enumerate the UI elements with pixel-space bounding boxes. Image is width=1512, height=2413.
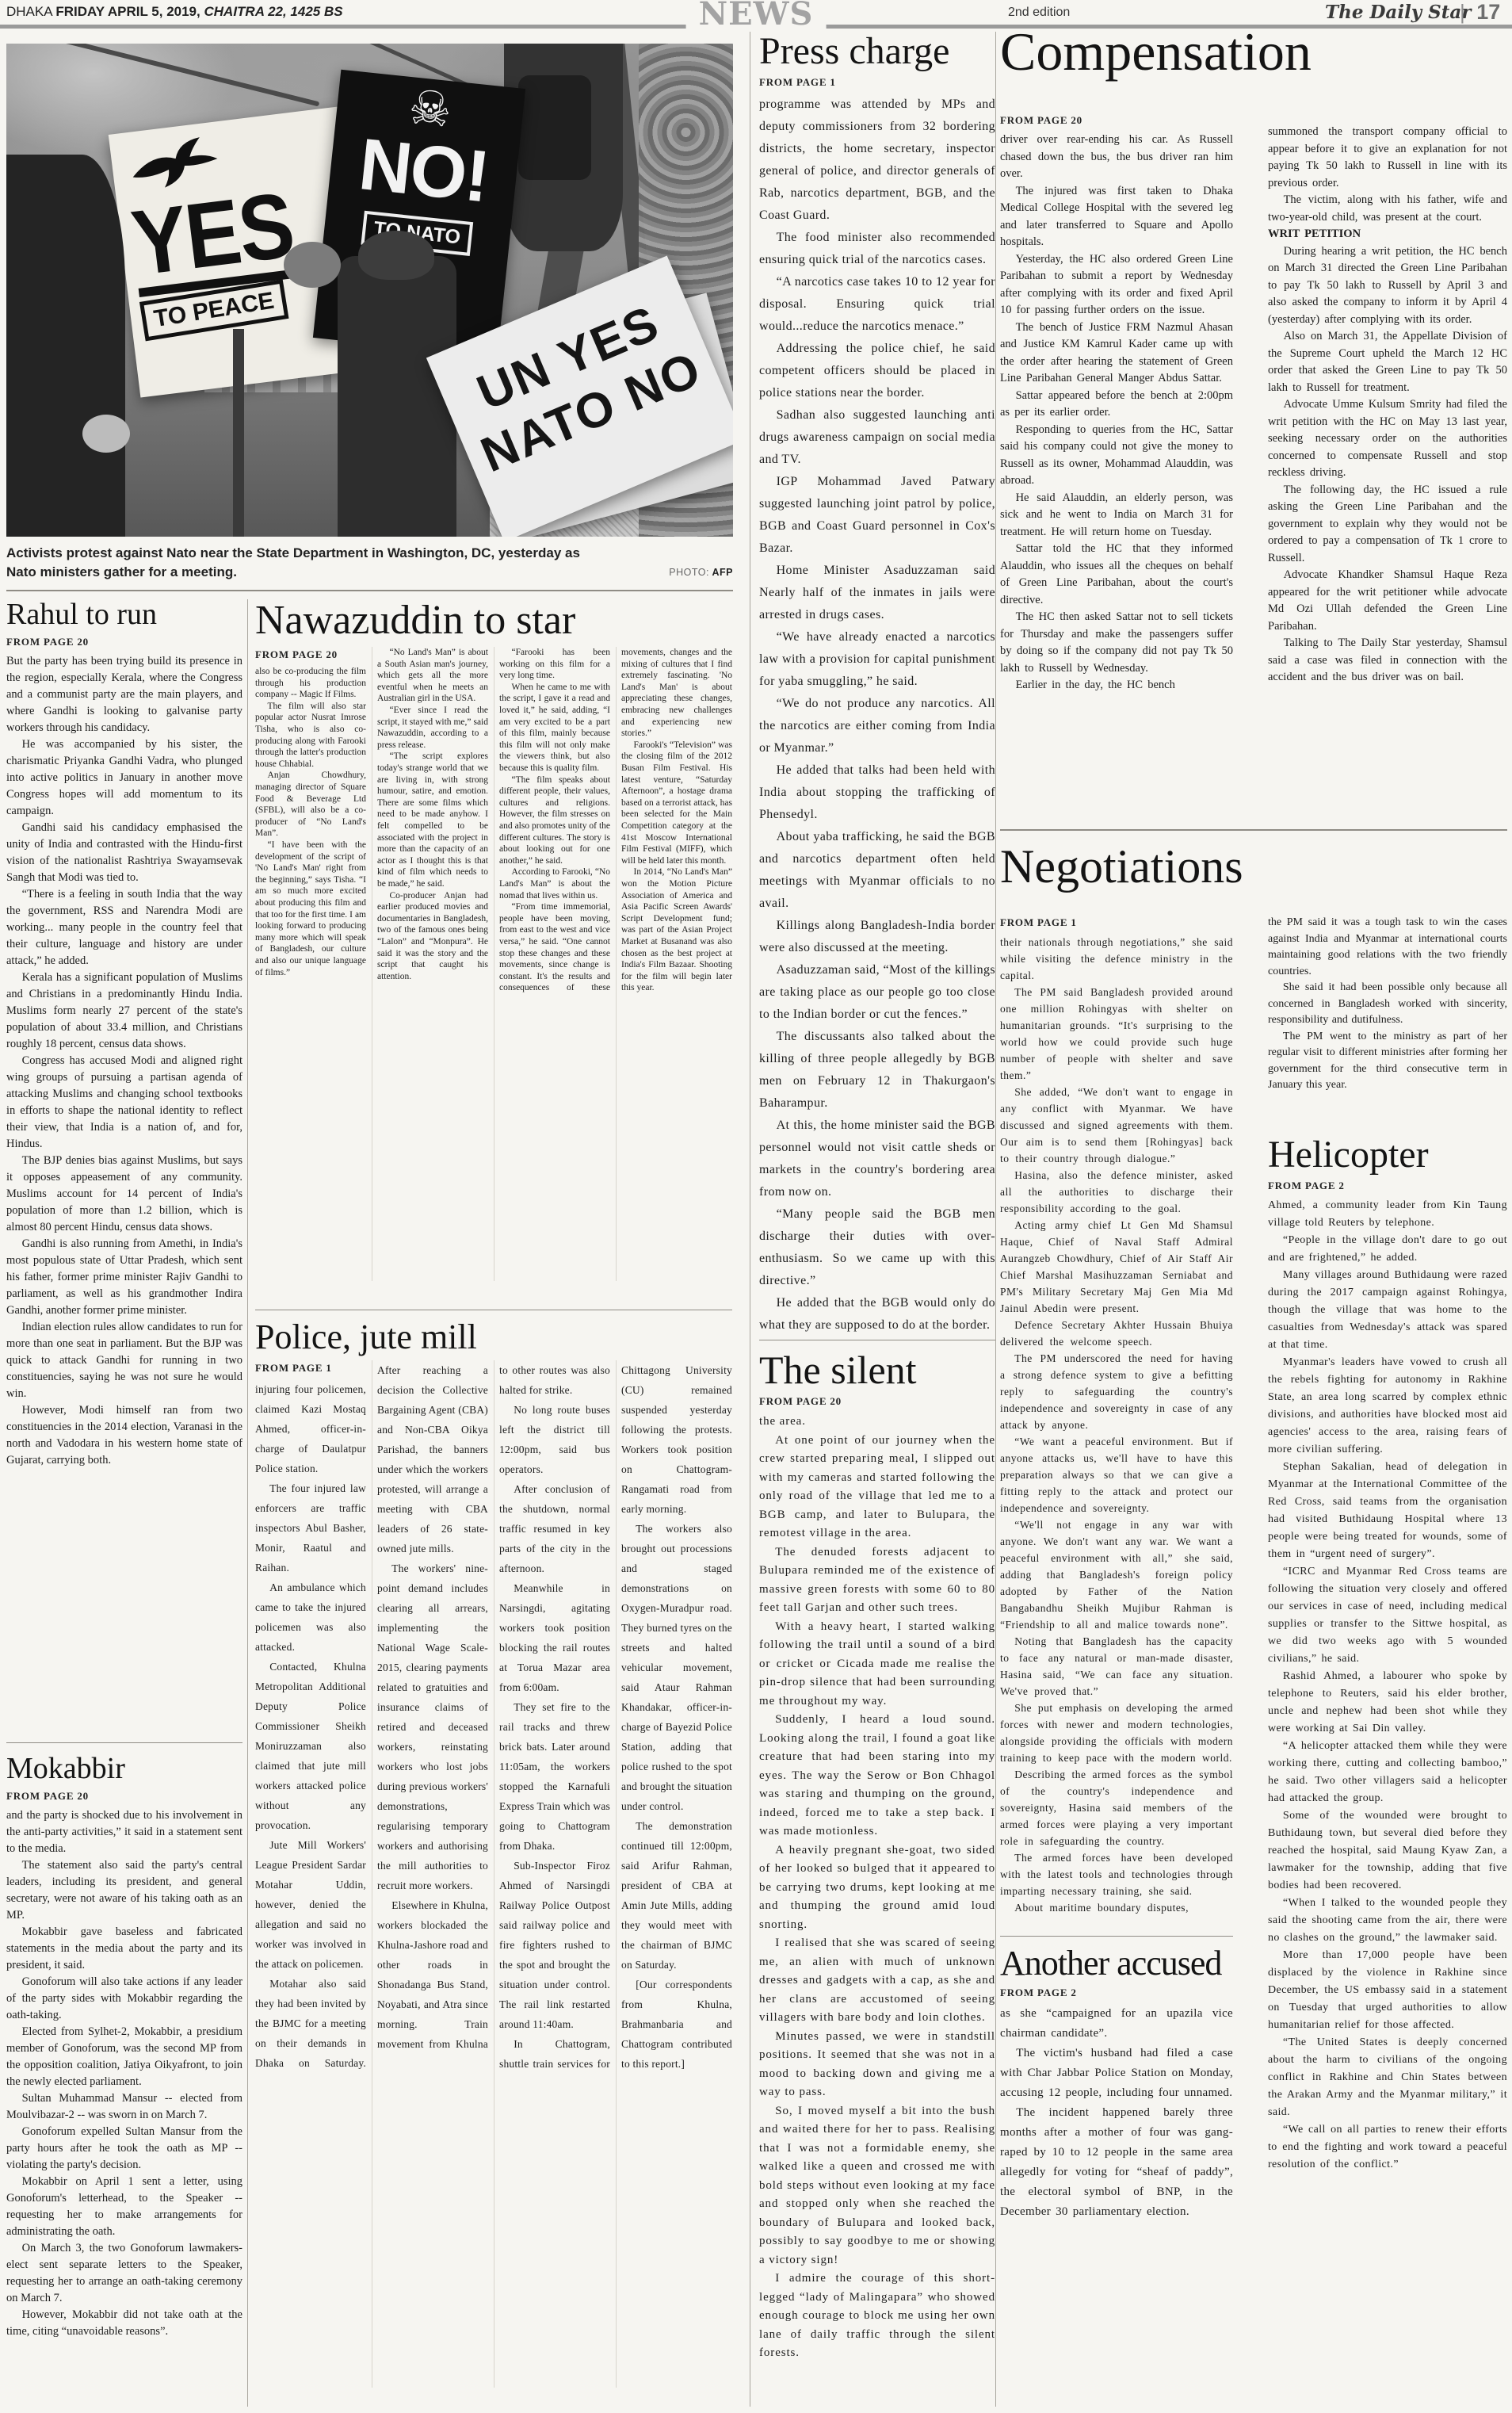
article-body: driver over rear-ending his car. As Russ… (1000, 132, 1233, 694)
page-number: 17 (1468, 0, 1500, 24)
article-police-jute-mill: Police, jute mill FROM PAGE 1 injuring f… (255, 1319, 732, 2407)
article-the-silent: The silent FROM PAGE 20 the area.At one … (759, 1349, 995, 2407)
from-page-label: FROM PAGE 20 (255, 648, 366, 661)
article-body: the area.At one point of our journey whe… (759, 1413, 995, 2363)
from-page-label: FROM PAGE 2 (1268, 1180, 1507, 1192)
tree-branch (42, 44, 320, 106)
section-title: NEWS (686, 0, 827, 29)
from-page-label: FROM PAGE 20 (6, 636, 242, 648)
article-title: Helicopter (1268, 1135, 1507, 1175)
newspaper-masthead: The Daily Star (1325, 2, 1471, 23)
article-compensation-col2: summoned the transport company official … (1268, 124, 1507, 828)
article-negotiations-col1: FROM PAGE 1 their nationals through nego… (1000, 915, 1233, 1931)
lamp-post (233, 329, 244, 537)
from-page-label: FROM PAGE 1 (255, 1362, 366, 1375)
article-compensation-col1: FROM PAGE 20 driver over rear-ending his… (1000, 113, 1233, 828)
protester-silhouette (338, 256, 456, 537)
dateline-alt-date: CHAITRA 22, 1425 BS (204, 4, 342, 19)
from-page-label: FROM PAGE 1 (759, 76, 995, 89)
divider (6, 1742, 242, 1743)
article-body: programme was attended by MPs and deputy… (759, 94, 995, 1335)
article-title: Another accused (1000, 1945, 1233, 1982)
article-mokabbir: Mokabbir FROM PAGE 20 and the party is s… (6, 1753, 242, 2407)
article-helicopter: Helicopter FROM PAGE 2 Ahmed, a communit… (1268, 1135, 1507, 2407)
beanie-hat (284, 242, 341, 288)
from-page-label: FROM PAGE 20 (6, 1790, 242, 1803)
photo-credit: PHOTO: AFP (669, 563, 733, 582)
article-nawazuddin-to-star: Nawazuddin to star FROM PAGE 20 also be … (255, 599, 732, 1305)
article-title: Press charge (759, 32, 995, 71)
divider (759, 1340, 995, 1340)
dateline: DHAKA FRIDAY APRIL 5, 2019, CHAITRA 22, … (6, 4, 343, 20)
caption-text: Activists protest against Nato near the … (6, 544, 609, 582)
article-negotiations-title: Negotiations (1000, 842, 1507, 891)
column-rule (750, 32, 750, 2407)
article-title: Rahul to run (6, 599, 242, 631)
article-body: as she “campaigned for an upazila vice c… (1000, 2004, 1233, 2222)
from-page-label: FROM PAGE 2 (1000, 1987, 1233, 1999)
from-page-label: FROM PAGE 20 (1000, 114, 1233, 127)
article-press-charge: Press charge FROM PAGE 1 programme was a… (759, 32, 995, 1335)
hat (358, 231, 434, 280)
photo-credit-agency: AFP (712, 567, 734, 578)
article-body: Ahmed, a community leader from Kin Taung… (1268, 1197, 1507, 2174)
article-body: and the party is shocked due to his invo… (6, 1807, 242, 2340)
divider (255, 1310, 732, 1310)
article-body: their nationals through negotiations,” s… (1000, 934, 1233, 1916)
article-body: the PM said it was a tough task to win t… (1268, 915, 1507, 1094)
hand (82, 415, 130, 453)
column-rule (247, 599, 248, 2407)
article-body: injuring four policemen, claimed Kazi Mo… (255, 1360, 732, 2074)
article-body: also be co-producing the film through hi… (255, 647, 732, 994)
yes-word: YES (128, 179, 311, 297)
article-negotiations-col2: the PM said it was a tough task to win t… (1268, 915, 1507, 1127)
edition-label: 2nd edition (1008, 6, 1070, 20)
article-compensation-title: Compensation (1000, 24, 1507, 80)
divider (1000, 1936, 1233, 1937)
dateline-date: FRIDAY APRIL 5, 2019, (55, 4, 200, 19)
from-page-label: FROM PAGE 1 (1000, 916, 1233, 929)
protester-silhouette (6, 155, 125, 537)
separator-bar: | (1460, 0, 1465, 24)
divider (1000, 829, 1507, 831)
photo-caption: Activists protest against Nato near the … (6, 544, 733, 582)
article-body: summoned the transport company official … (1268, 124, 1507, 686)
page-number-group: | 17 (1460, 0, 1500, 25)
protest-photo: STOP NATO YES TO PEACE ☠ NO! TO NATO UN … (6, 44, 733, 537)
article-title: Police, jute mill (255, 1319, 732, 1356)
article-body: But the party has been trying build its … (6, 653, 242, 1469)
photo-credit-label: PHOTO: (669, 567, 709, 578)
article-rahul-to-run: Rahul to run FROM PAGE 20 But the party … (6, 599, 242, 1738)
no-word: NO! (327, 124, 519, 216)
backpack (518, 75, 591, 180)
dateline-city: DHAKA (6, 4, 52, 19)
article-another-accused: Another accused FROM PAGE 2 as she “camp… (1000, 1945, 1233, 2407)
column-rule (995, 32, 996, 2407)
from-page-label: FROM PAGE 20 (759, 1395, 995, 1408)
article-title: The silent (759, 1349, 995, 1390)
article-title: Mokabbir (6, 1753, 242, 1785)
divider (6, 590, 733, 591)
article-title: Nawazuddin to star (255, 599, 732, 642)
